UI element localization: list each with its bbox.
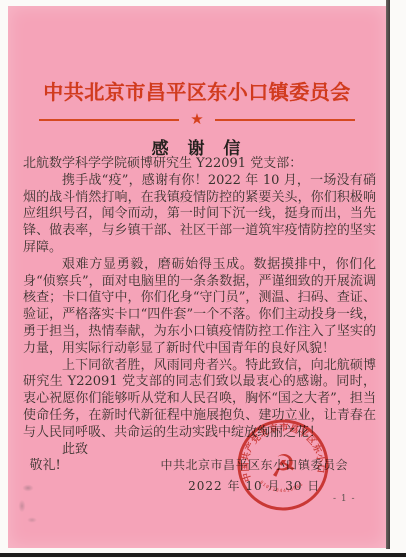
letterhead-divider: ★ [8,112,386,127]
paragraph-1: 携手战“疫”，感谢有你！2022 年 10 月，一场没有硝烟的战斗悄然打响，在我… [23,173,376,257]
hammer-sickle-icon: ☭ [268,448,298,486]
salutation: 北航数学科学学院硕博研究生 Y22091 党支部： [23,156,376,173]
scan-edge-bottom [0,553,406,557]
scan-edge-right [386,0,390,549]
page-number: - 1 - [333,494,356,504]
divider-rule-left [39,119,179,121]
paragraph-2: 艰难方显勇毅，磨砺始得玉成。数据摸排中，你们化身“侦察兵”，面对电脑里的一条条数… [23,257,376,358]
pencil-smudge [14,476,48,528]
scanned-letter: 中共北京市昌平区东小口镇委员会 ★ 感 谢 信 北航数学科学学院硕博研究生 Y2… [0,0,406,558]
official-seal: 中国共产党北京市昌平区东小口镇委员会 ☭ 8101184410081 [230,412,336,518]
letterhead-org-title: 中共北京市昌平区东小口镇委员会 [8,76,386,105]
star-icon: ★ [190,112,203,127]
divider-rule-right [215,119,355,121]
letter-page: 中共北京市昌平区东小口镇委员会 ★ 感 谢 信 北航数学科学学院硕博研究生 Y2… [8,6,386,548]
